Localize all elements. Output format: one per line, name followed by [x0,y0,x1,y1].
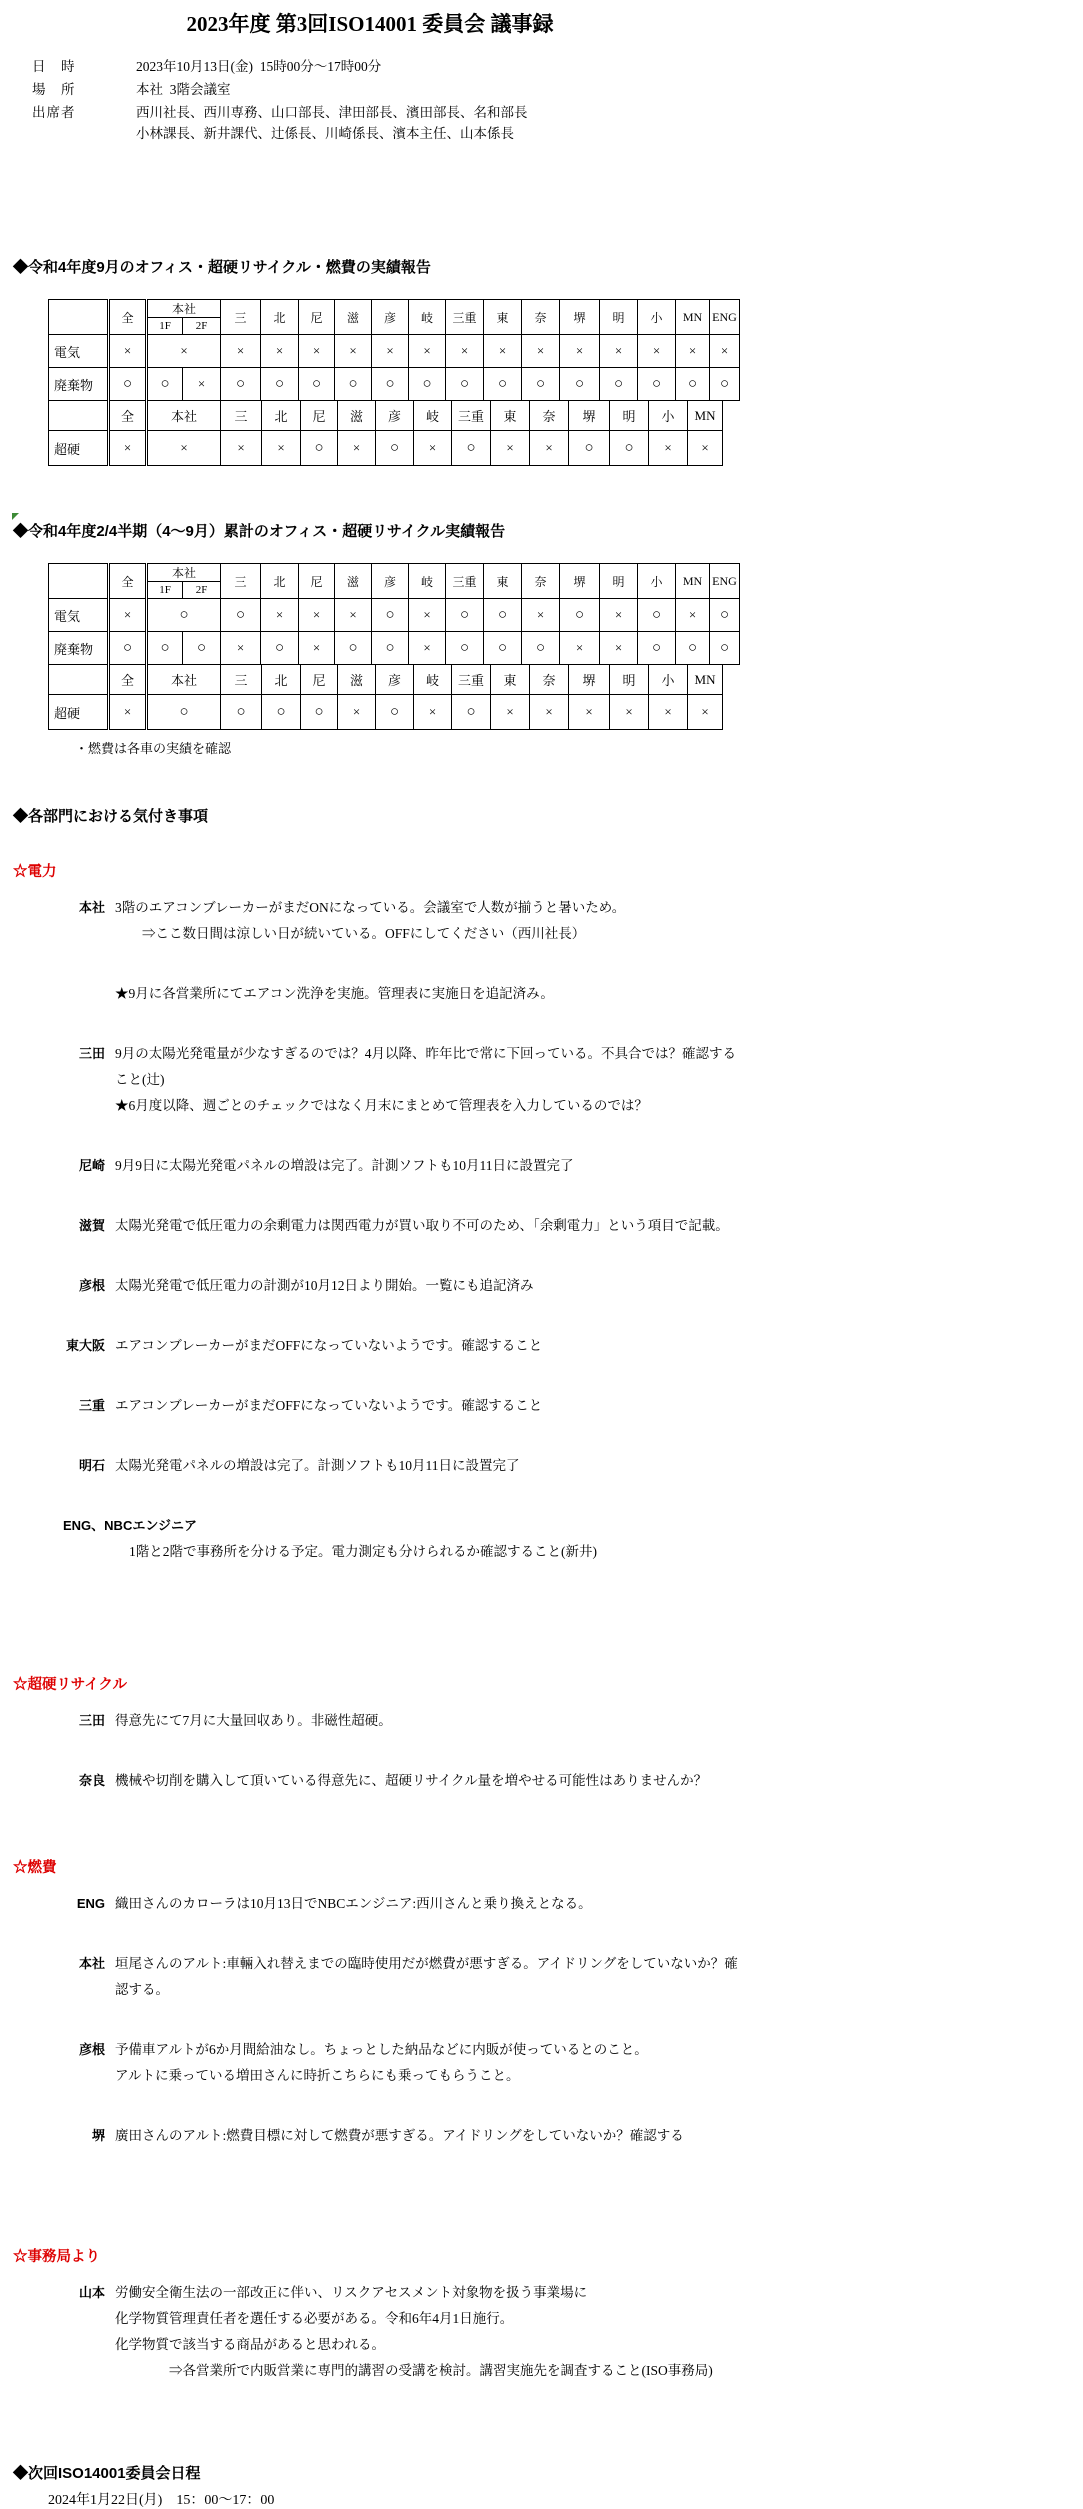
remark-item-text: 織田さんのカローラは10月13日でNBCエンジニア:西川さんと乗り換えとなる。 [115,1891,592,1917]
document-page: 2023年度 第3回ISO14001 委員会 議事録 日 時2023年10月13… [0,8,1083,2509]
remark-item: 三重エアコンブレーカーがまだOFFになっていないようです。確認すること [0,1393,745,1419]
table-cell: × [109,335,147,368]
remark-item-text: 機械や切削を購入して頂いている得意先に、超硬リサイクル量を増やせる可能性はありま… [115,1768,707,1794]
next-meeting-heading: ◆次回ISO14001委員会日程 [13,2462,745,2483]
table-cell: ○ [147,632,183,665]
table-cell: ○ [522,368,560,401]
remark-line: 化学物質管理責任者を選任する必要がある。令和6年4月1日施行。 [115,2306,713,2332]
report-table-september: 全本社三北尼滋彦岐三重東奈堺明小MNENG1F2F電気×××××××××××××… [0,299,745,466]
remark-item: ★9月に各営業所にてエアコン洗浄を実施。管理表に実施日を追記済み。 [0,981,745,1007]
table-cell: × [372,335,409,368]
meta-value: 2023年10月13日(金) 15時00分～17時00分 [136,56,381,77]
table-cell: × [600,335,638,368]
table-cell: × [491,431,530,466]
remark-item: 山本労働安全衛生法の一部改正に伴い、リスクアセスメント対象物を扱う事業場に化学物… [0,2280,745,2384]
remark-item: 東大阪エアコンブレーカーがまだOFFになっていないようです。確認すること [0,1333,745,1359]
remark-item-text: 9月9日に太陽光発電パネルの増設は完了。計測ソフトも10月11日に設置完了 [115,1153,574,1179]
col-header: 滋 [335,564,372,599]
col-header: 小 [649,401,688,431]
table-cell: × [522,599,560,632]
status-table-bottom: 全本社三北尼滋彦岐三重東奈堺明小MN超硬××××○×○×○××○○×× [48,400,723,466]
table-cell: × [409,632,446,665]
remark-item-text: 9月の太陽光発電量が少なすぎるのでは？4月以降、昨年比で常に下回っている。不具合… [115,1041,745,1119]
col-header: 岐 [414,665,452,695]
table-cell: ○ [676,368,710,401]
remark-group: ☆事務局より山本労働安全衛生法の一部改正に伴い、リスクアセスメント対象物を扱う事… [0,2245,745,2384]
remark-item-label: 堺 [13,2123,105,2149]
table-cell: × [109,695,147,730]
col-header: 北 [262,665,301,695]
col-header: 東 [484,564,522,599]
remark-line: エアコンブレーカーがまだOFFになっていないようです。確認すること [115,1333,542,1359]
col-header: 堺 [560,300,600,335]
table-cell: × [183,368,221,401]
table-cell: ○ [109,632,147,665]
table-cell: × [649,695,688,730]
table-cell: ○ [262,695,301,730]
col-header: 三重 [446,564,484,599]
table-cell: ○ [600,368,638,401]
remark-item-label: 彦根 [13,1273,105,1299]
table-cell: ○ [710,599,740,632]
meta-value-line: 小林課長、新井課代、辻係長、川崎係長、濱本主任、山本係長 [136,123,528,144]
table-cell: × [338,431,376,466]
remark-item: 三田9月の太陽光発電量が少なすぎるのでは？4月以降、昨年比で常に下回っている。不… [0,1041,745,1119]
table-cell: ○ [147,695,221,730]
section2-heading: ◆令和4年度2/4半期（4～9月）累計のオフィス・超硬リサイクル実績報告 [13,520,745,541]
col-header: 小 [638,564,676,599]
col-header: 三重 [446,300,484,335]
table-cell: ○ [710,632,740,665]
corner-cell [49,300,109,335]
meta-row: 出席者西川社長、西川専務、山口部長、津田部長、濱田部長、名和部長小林課長、新井課… [32,102,745,144]
table-cell: × [484,335,522,368]
remark-line: 9月9日に太陽光発電パネルの増設は完了。計測ソフトも10月11日に設置完了 [115,1153,574,1179]
section2-heading-text: ◆令和4年度2/4半期（4～9月）累計のオフィス・超硬リサイクル実績報告 [13,523,505,540]
table-cell: ○ [335,368,372,401]
table-cell: × [600,632,638,665]
table-cell: × [530,431,569,466]
remark-line: 労働安全衛生法の一部改正に伴い、リスクアセスメント対象物を扱う事業場に [115,2280,713,2306]
table-cell: ○ [372,368,409,401]
meta-value: 本社 3階会議室 [136,79,231,100]
remark-item-label: 山本 [13,2280,105,2384]
row-label: 廃棄物 [49,632,109,665]
table-cell: × [335,335,372,368]
remark-item-label: ENG [13,1891,105,1917]
remark-line: 予備車アルトが6か月間給油なし。ちょっとした納品などに内販が使っているとのこと。 [115,2037,648,2063]
status-table-top: 全本社三北尼滋彦岐三重東奈堺明小MNENG1F2F電気×××××××××××××… [48,299,740,401]
col-header: ENG [710,564,740,599]
meta-row: 日 時2023年10月13日(金) 15時00分～17時00分 [32,56,745,77]
col-header: 明 [610,665,649,695]
col-header: 北 [261,564,299,599]
table-cell: × [109,431,147,466]
remark-group-title: ☆事務局より [13,2245,745,2266]
remark-line: 太陽光発電で低圧電力の余剰電力は関西電力が買い取り不可のため、「余剰電力」という… [115,1213,729,1239]
col-header: ENG [710,300,740,335]
remark-line: 太陽光発電で低圧電力の計測が10月12日より開始。一覧にも追記済み [115,1273,534,1299]
meta-label: 出席者 [32,102,106,144]
document-content: 2023年度 第3回ISO14001 委員会 議事録 日 時2023年10月13… [0,8,745,2509]
table-cell: ○ [522,632,560,665]
col-header: 全 [109,300,147,335]
col-header: 奈 [530,401,569,431]
report-table-cumulative: 全本社三北尼滋彦岐三重東奈堺明小MNENG1F2F電気×○○×××○×○○×○×… [0,563,745,730]
col-header: 東 [484,300,522,335]
remarks-groups: ☆電力本社3階のエアコンブレーカーがまだONになっている。会議室で人数が揃うと暑… [0,860,745,2384]
remark-item-label: 本社 [13,1951,105,2003]
col-header: 奈 [522,564,560,599]
table-cell: ○ [183,632,221,665]
col-header: 堺 [569,401,610,431]
corner-cell [49,564,109,599]
meta-value: 西川社長、西川専務、山口部長、津田部長、濱田部長、名和部長小林課長、新井課代、辻… [136,102,528,144]
remark-item: ENG、NBCエンジニア1階と2階で事務所を分ける予定。電力測定も分けられるか確… [0,1513,745,1565]
remark-line: 機械や切削を購入して頂いている得意先に、超硬リサイクル量を増やせる可能性はありま… [115,1768,707,1794]
remark-item: ENG織田さんのカローラは10月13日でNBCエンジニア:西川さんと乗り換えとな… [0,1891,745,1917]
col-header: 岐 [409,300,446,335]
table-cell: × [261,335,299,368]
col-header: 尼 [301,665,338,695]
col-header: MN [676,564,710,599]
table-cell: ○ [560,368,600,401]
table-cell: ○ [261,632,299,665]
remark-item-text: 労働安全衛生法の一部改正に伴い、リスクアセスメント対象物を扱う事業場に化学物質管… [115,2280,713,2384]
table-cell: × [338,695,376,730]
remark-item: 滋賀太陽光発電で低圧電力の余剰電力は関西電力が買い取り不可のため、「余剰電力」と… [0,1213,745,1239]
col-header: 三重 [452,665,491,695]
table-cell: × [676,335,710,368]
table-cell: ○ [484,368,522,401]
remark-line: 9月の太陽光発電量が少なすぎるのでは？4月以降、昨年比で常に下回っている。不具合… [115,1041,745,1093]
col-header: 奈 [522,300,560,335]
table-row: 電気×××××××××××××××× [49,335,740,368]
remark-item-text: 3階のエアコンブレーカーがまだONになっている。会議室で人数が揃うと暑いため。 … [115,895,625,947]
table-cell: ○ [109,368,147,401]
section1-heading: ◆令和4年度9月のオフィス・超硬リサイクル・燃費の実績報告 [13,256,745,277]
table-cell: ○ [221,695,262,730]
col-header: 滋 [338,665,376,695]
col-header: 堺 [569,665,610,695]
table-cell: × [560,632,600,665]
row-label: 電気 [49,599,109,632]
table-cell: ○ [409,368,446,401]
row-label: 超硬 [49,431,109,466]
table-cell: × [262,431,301,466]
table-cell: × [414,431,452,466]
col-header: 小 [638,300,676,335]
row-label: 廃棄物 [49,368,109,401]
remark-item: 彦根予備車アルトが6か月間給油なし。ちょっとした納品などに内販が使っているとのこ… [0,2037,745,2089]
col-header: 東 [491,401,530,431]
fuel-note: ・燃費は各車の実績を確認 [75,738,745,757]
remark-item-label: 三田 [13,1041,105,1119]
col-header: 全 [109,564,147,599]
table-cell: × [221,335,261,368]
remark-item-label: 明石 [13,1453,105,1479]
col-header: 岐 [409,564,446,599]
remark-group: ☆電力本社3階のエアコンブレーカーがまだONになっている。会議室で人数が揃うと暑… [0,860,745,1565]
col-header: 彦 [372,564,409,599]
col-header: MN [688,401,723,431]
col-header: 三重 [452,401,491,431]
remark-item: 彦根太陽光発電で低圧電力の計測が10月12日より開始。一覧にも追記済み [0,1273,745,1299]
table-cell: × [446,335,484,368]
table-cell: × [414,695,452,730]
remark-line: アルトに乗っている増田さんに時折こちらにも乗ってもらうこと。 [115,2063,648,2089]
col-header: 本社 [147,401,221,431]
remark-line: 織田さんのカローラは10月13日でNBCエンジニア:西川さんと乗り換えとなる。 [115,1891,592,1917]
table-cell: ○ [560,599,600,632]
table-header-row: 全本社三北尼滋彦岐三重東奈堺明小MNENG [49,564,740,582]
col-header: 全 [109,665,147,695]
table-row: 電気×○○×××○×○○×○×○×○ [49,599,740,632]
remark-item: 明石太陽光発電パネルの増設は完了。計測ソフトも10月11日に設置完了 [0,1453,745,1479]
remark-group-title: ☆超硬リサイクル [13,1673,745,1694]
col-header: 彦 [372,300,409,335]
table-cell: ○ [221,599,261,632]
table-cell: ○ [484,599,522,632]
col-header: 滋 [335,300,372,335]
table-cell: × [569,695,610,730]
col-header: 明 [600,300,638,335]
col-header: 三 [221,300,261,335]
meta-label: 場 所 [32,79,106,100]
remark-item-text: 1階と2階で事務所を分ける予定。電力測定も分けられるか確認すること(新井) [129,1539,745,1565]
col-header: 三 [221,564,261,599]
col-header: 北 [261,300,299,335]
remark-line: 化学物質で該当する商品があると思われる。 [115,2332,713,2358]
remark-line: 垣尾さんのアルト:車輛入れ替えまでの臨時使用だが燃費が悪すぎる。アイドリングをし… [115,1951,745,2003]
table-row: 廃棄物○○○×○×○○×○○○××○○○ [49,632,740,665]
table-cell: × [600,599,638,632]
table-cell: ○ [638,368,676,401]
remark-item-label: 滋賀 [13,1213,105,1239]
remark-item-label: 尼崎 [13,1153,105,1179]
remark-line: 3階のエアコンブレーカーがまだONになっている。会議室で人数が揃うと暑いため。 [115,895,625,921]
table-cell: × [688,695,723,730]
corner-cell [49,401,109,431]
table-cell: ○ [372,599,409,632]
table-cell: ○ [372,632,409,665]
meta-value-line: 2023年10月13日(金) 15時00分～17時00分 [136,59,381,74]
meta-label: 日 時 [32,56,106,77]
remark-item: 本社3階のエアコンブレーカーがまだONになっている。会議室で人数が揃うと暑いため… [0,895,745,947]
remark-line: 1階と2階で事務所を分ける予定。電力測定も分けられるか確認すること(新井) [129,1539,745,1565]
table-cell: ○ [446,599,484,632]
col-header: 尼 [299,564,335,599]
remark-group: ☆燃費ENG織田さんのカローラは10月13日でNBCエンジニア:西川さんと乗り換… [0,1856,745,2149]
table-cell: × [335,599,372,632]
remark-item-label: 奈良 [13,1768,105,1794]
remark-item-text: 垣尾さんのアルト:車輛入れ替えまでの臨時使用だが燃費が悪すぎる。アイドリングをし… [115,1951,745,2003]
table-cell: × [221,431,262,466]
remark-line: エアコンブレーカーがまだOFFになっていないようです。確認すること [115,1393,542,1419]
remark-item-label: 本社 [13,895,105,947]
table-cell: ○ [299,368,335,401]
table-cell: × [299,632,335,665]
table-cell: ○ [376,431,414,466]
table-cell: ○ [452,431,491,466]
col-header: 北 [262,401,301,431]
meta-row: 場 所本社 3階会議室 [32,79,745,100]
table-cell: × [638,335,676,368]
table-cell: × [409,599,446,632]
col-header: 三 [221,665,262,695]
remark-item-text: 太陽光発電で低圧電力の計測が10月12日より開始。一覧にも追記済み [115,1273,534,1299]
table-row: 廃棄物○○×○○○○○○○○○○○○○○ [49,368,740,401]
table-cell: × [299,335,335,368]
next-meeting-date: 2024年1月22日(月) 15：00～17：00 [48,2489,745,2509]
table-cell: ○ [446,368,484,401]
remark-item-label: 三重 [13,1393,105,1419]
table-cell: × [530,695,569,730]
table-row: 超硬××××○×○×○××○○×× [49,431,723,466]
remark-item: 尼崎9月9日に太陽光発電パネルの増設は完了。計測ソフトも10月11日に設置完了 [0,1153,745,1179]
remark-item-label [13,981,105,1007]
remark-item-label: 三田 [13,1708,105,1734]
table-cell: × [409,335,446,368]
col-header: 奈 [530,665,569,695]
col-header: 滋 [338,401,376,431]
col-header: 彦 [376,401,414,431]
col-header: MN [688,665,723,695]
table-cell: × [299,599,335,632]
remark-line: ⇒ここ数日間は涼しい日が続いている。OFFにしてください（西川社長） [115,921,625,947]
table-cell: × [649,431,688,466]
table-cell: × [221,632,261,665]
table-cell: ○ [452,695,491,730]
table-cell: × [261,599,299,632]
remark-line: 廣田さんのアルト:燃費目標に対して燃費が悪すぎる。アイドリングをしていないか？確… [115,2123,684,2149]
table-cell: ○ [147,599,221,632]
table-cell: × [491,695,530,730]
remark-item-text: ★9月に各営業所にてエアコン洗浄を実施。管理表に実施日を追記済み。 [115,981,554,1007]
table-header-row: 全本社三北尼滋彦岐三重東奈堺明小MN [49,401,723,431]
table-cell: ○ [301,431,338,466]
col-header: 全 [109,401,147,431]
table-cell: × [147,431,221,466]
remark-line: 太陽光発電パネルの増設は完了。計測ソフトも10月11日に設置完了 [115,1453,520,1479]
table-cell: × [676,599,710,632]
table-cell: ○ [484,632,522,665]
remark-line: 得意先にて7月に大量回収あり。非磁性超硬。 [115,1708,392,1734]
table-header-row: 全本社三北尼滋彦岐三重東奈堺明小MNENG [49,300,740,318]
remark-line: ★9月に各営業所にてエアコン洗浄を実施。管理表に実施日を追記済み。 [115,981,554,1007]
col-header: 2F [183,318,221,335]
col-header: 東 [491,665,530,695]
table-cell: ○ [261,368,299,401]
table-cell: ○ [638,599,676,632]
remark-item: 本社垣尾さんのアルト:車輛入れ替えまでの臨時使用だが燃費が悪すぎる。アイドリング… [0,1951,745,2003]
remark-group: ☆超硬リサイクル三田得意先にて7月に大量回収あり。非磁性超硬。奈良機械や切削を購… [0,1673,745,1794]
col-header: MN [676,300,710,335]
table-cell: × [710,335,740,368]
col-header: 尼 [301,401,338,431]
col-header: 尼 [299,300,335,335]
col-header: 明 [610,401,649,431]
col-header: 本社 [147,300,221,318]
table-cell: ○ [221,368,261,401]
remark-line: ⇒各営業所で内販営業に専門的講習の受講を検討。講習実施先を調査すること(ISO事… [115,2358,713,2384]
table-cell: ○ [676,632,710,665]
col-header: 三 [221,401,262,431]
table-cell: ○ [446,632,484,665]
table-cell: × [522,335,560,368]
col-header: 岐 [414,401,452,431]
page-title: 2023年度 第3回ISO14001 委員会 議事録 [0,8,740,38]
remark-item-text: 太陽光発電パネルの増設は完了。計測ソフトも10月11日に設置完了 [115,1453,520,1479]
table-cell: × [610,695,649,730]
remark-item-text: 廣田さんのアルト:燃費目標に対して燃費が悪すぎる。アイドリングをしていないか？確… [115,2123,684,2149]
remarks-heading: ◆各部門における気付き事項 [13,805,745,826]
table-cell: ○ [301,695,338,730]
remark-item-text: 得意先にて7月に大量回収あり。非磁性超硬。 [115,1708,392,1734]
remark-item-text: 予備車アルトが6か月間給油なし。ちょっとした納品などに内販が使っているとのこと。… [115,2037,648,2089]
col-header: 明 [600,564,638,599]
col-header: 本社 [147,665,221,695]
table-cell: ○ [335,632,372,665]
table-cell: ○ [569,431,610,466]
col-header: 1F [147,582,183,599]
footer-block: ◆次回ISO14001委員会日程 2024年1月22日(月) 15：00～17：… [0,2462,745,2509]
table-cell: ○ [638,632,676,665]
table-cell: ○ [376,695,414,730]
row-label: 電気 [49,335,109,368]
green-corner-mark [12,513,19,520]
remark-item-label: 東大阪 [13,1333,105,1359]
remark-item-label: 彦根 [13,2037,105,2089]
table-cell: ○ [610,431,649,466]
remark-item-label: ENG、NBCエンジニア [63,1513,745,1539]
table-row: 超硬×○○○○×○×○×××××× [49,695,723,730]
table-cell: ○ [147,368,183,401]
remark-line: ★6月度以降、週ごとのチェックではなく月末にまとめて管理表を入力しているのでは？ [115,1093,745,1119]
col-header: 本社 [147,564,221,582]
remark-item-text: 太陽光発電で低圧電力の余剰電力は関西電力が買い取り不可のため、「余剰電力」という… [115,1213,729,1239]
meta-block: 日 時2023年10月13日(金) 15時00分～17時00分場 所本社 3階会… [32,56,745,144]
table-cell: × [147,335,221,368]
table-cell: ○ [710,368,740,401]
row-label: 超硬 [49,695,109,730]
table-header-row: 全本社三北尼滋彦岐三重東奈堺明小MN [49,665,723,695]
status-table-top: 全本社三北尼滋彦岐三重東奈堺明小MNENG1F2F電気×○○×××○×○○×○×… [48,563,740,665]
remark-item: 三田得意先にて7月に大量回収あり。非磁性超硬。 [0,1708,745,1734]
col-header: 堺 [560,564,600,599]
remark-item-text: エアコンブレーカーがまだOFFになっていないようです。確認すること [115,1333,542,1359]
table-cell: × [688,431,723,466]
col-header: 小 [649,665,688,695]
col-header: 彦 [376,665,414,695]
meta-value-line: 本社 3階会議室 [136,82,231,97]
remark-item: 奈良機械や切削を購入して頂いている得意先に、超硬リサイクル量を増やせる可能性はあ… [0,1768,745,1794]
corner-cell [49,665,109,695]
col-header: 2F [183,582,221,599]
table-cell: × [109,599,147,632]
remark-group-title: ☆電力 [13,860,745,881]
remark-group-title: ☆燃費 [13,1856,745,1877]
col-header: 1F [147,318,183,335]
status-table-bottom: 全本社三北尼滋彦岐三重東奈堺明小MN超硬×○○○○×○×○×××××× [48,664,723,730]
meta-value-line: 西川社長、西川専務、山口部長、津田部長、濱田部長、名和部長 [136,105,528,120]
table-cell: × [560,335,600,368]
remark-item-text: エアコンブレーカーがまだOFFになっていないようです。確認すること [115,1393,542,1419]
remark-item: 堺廣田さんのアルト:燃費目標に対して燃費が悪すぎる。アイドリングをしていないか？… [0,2123,745,2149]
